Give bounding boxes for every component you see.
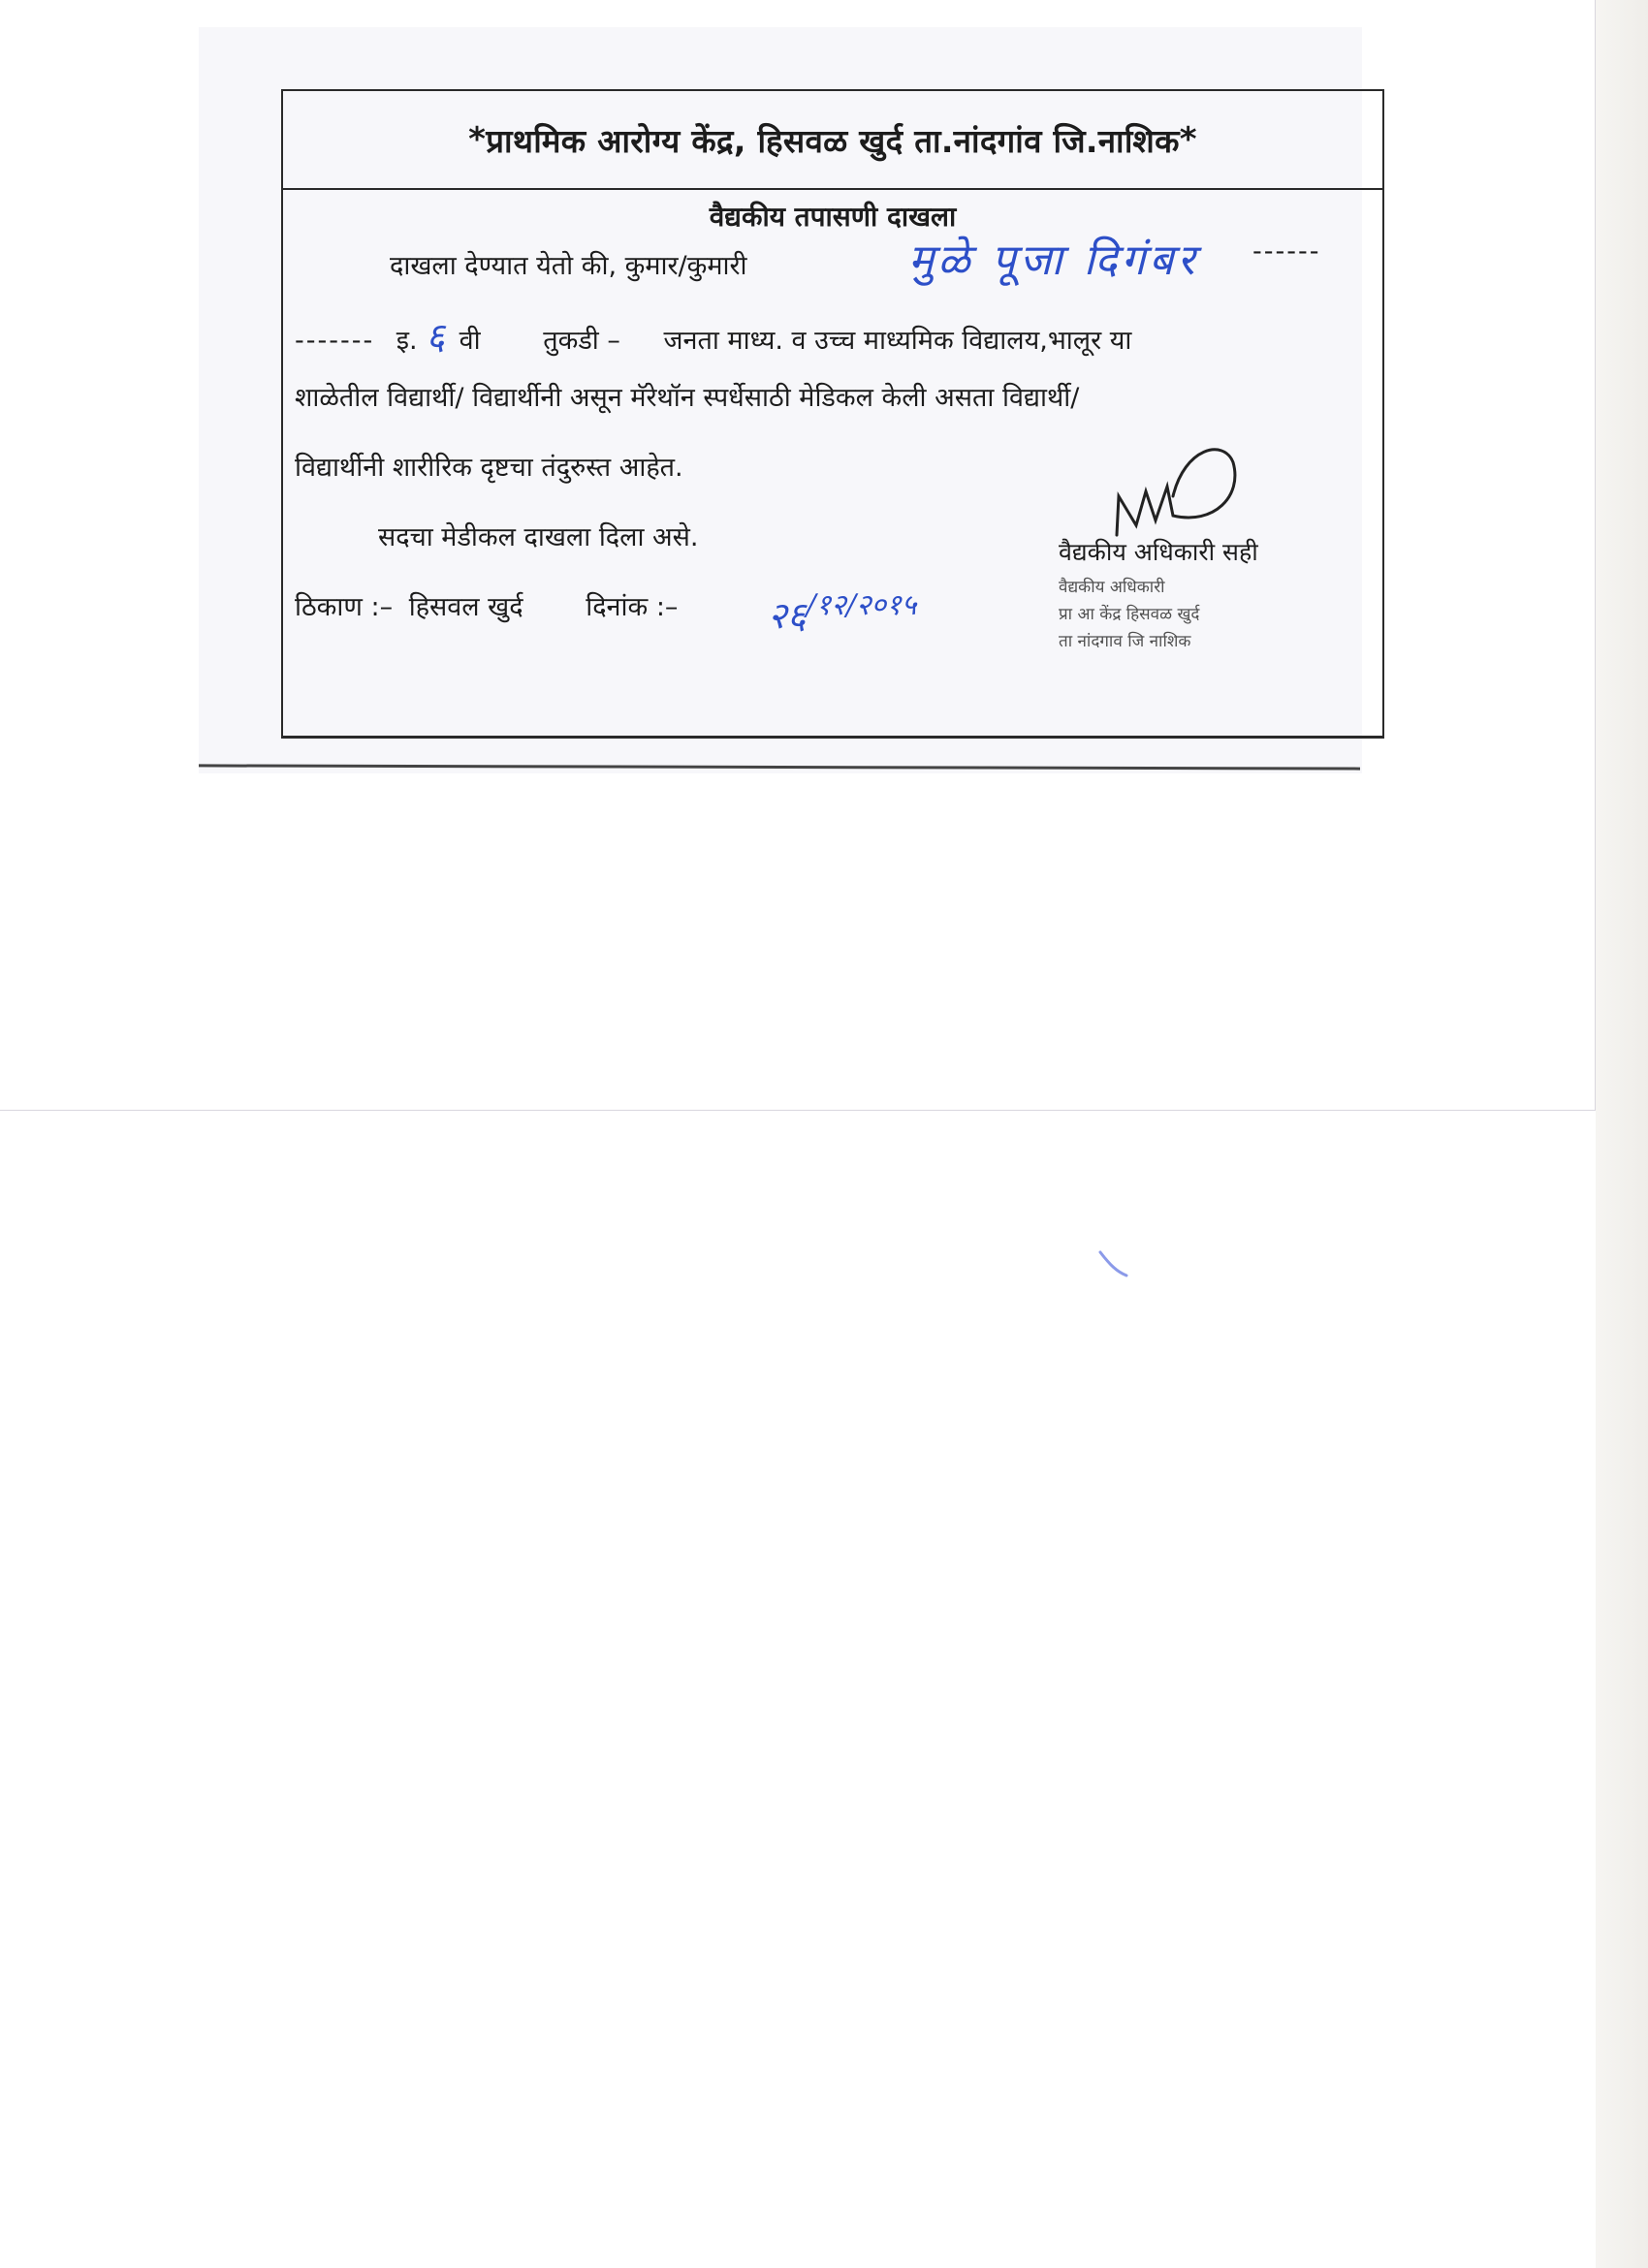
medical-certificate: * प्राथमिक आरोग्य केंद्र, हिसवळ खुर्द ता… [281, 89, 1384, 739]
date-month-year: /१२/२०१५ [807, 588, 917, 622]
certificate-line-1: दाखला देण्यात येतो की, कुमार/कुमारी [390, 246, 747, 282]
signature-icon [1097, 438, 1272, 545]
official-stamp: वैद्यकीय अधिकारी प्रा आ केंद्र हिसवळ खुर… [1059, 574, 1199, 655]
place-label: ठिकाण :– [295, 592, 393, 622]
grade-prefix: इ. [396, 326, 418, 356]
school-name: जनता माध्य. व उच्च माध्यमिक विद्यालय,भाल… [663, 326, 1131, 356]
grade-handwritten: ६ [426, 315, 445, 358]
name-fill-dashes: ------ [1252, 236, 1320, 267]
certificate-footer-line: ठिकाण :– हिसवल खुर्द दिनांक :– [295, 587, 678, 623]
date-handwritten: २६/१२/२०१५ [768, 583, 916, 640]
certificate-line-2: ------- इ. ६ वी तुकडी – जनता माध्य. व उच… [295, 310, 1131, 361]
place-value: हिसवल खुर्द [409, 592, 523, 622]
scanner-bed-edge [1596, 0, 1648, 2268]
star-right: * [1180, 120, 1197, 159]
ink-smudge-icon [1095, 1250, 1154, 1279]
stamp-line-1: वैद्यकीय अधिकारी [1059, 574, 1199, 601]
stamp-line-3: ता नांदगाव जि नाशिक [1059, 628, 1199, 655]
certificate-line-4: विद्यार्थीनी शारीरिक दृष्टचा तंदुरुस्त आ… [295, 448, 683, 484]
signature-label: वैद्यकीय अधिकारी सही [1059, 535, 1258, 568]
certificate-line-5: सदचा मेडीकल दाखला दिला असे. [378, 518, 699, 553]
line1-prefix: दाखला देण्यात येतो की, कुमार/कुमारी [390, 251, 747, 281]
student-name-handwritten: मुळे पूजा दिगंबर [908, 229, 1198, 287]
line2-dashes: ------- [295, 326, 374, 356]
certificate-header: * प्राथमिक आरोग्य केंद्र, हिसवळ खुर्द ता… [283, 91, 1382, 190]
date-label: दिनांक :– [586, 592, 678, 622]
stamp-line-2: प्रा आ केंद्र हिसवळ खुर्द [1059, 601, 1199, 628]
certificate-line-3: शाळेतील विद्यार्थी/ विद्यार्थीनी असून मॅ… [295, 378, 1079, 414]
star-left: * [468, 120, 486, 159]
date-day: २६ [768, 594, 807, 637]
grade-suffix: वी [460, 326, 481, 356]
division-label: तुकडी – [543, 326, 620, 356]
certificate-title: वैद्यकीय तपासणी दाखला [283, 198, 1382, 235]
health-center-title: प्राथमिक आरोग्य केंद्र, हिसवळ खुर्द ता.न… [486, 118, 1180, 162]
scanned-page: * प्राथमिक आरोग्य केंद्र, हिसवळ खुर्द ता… [0, 0, 1596, 1111]
